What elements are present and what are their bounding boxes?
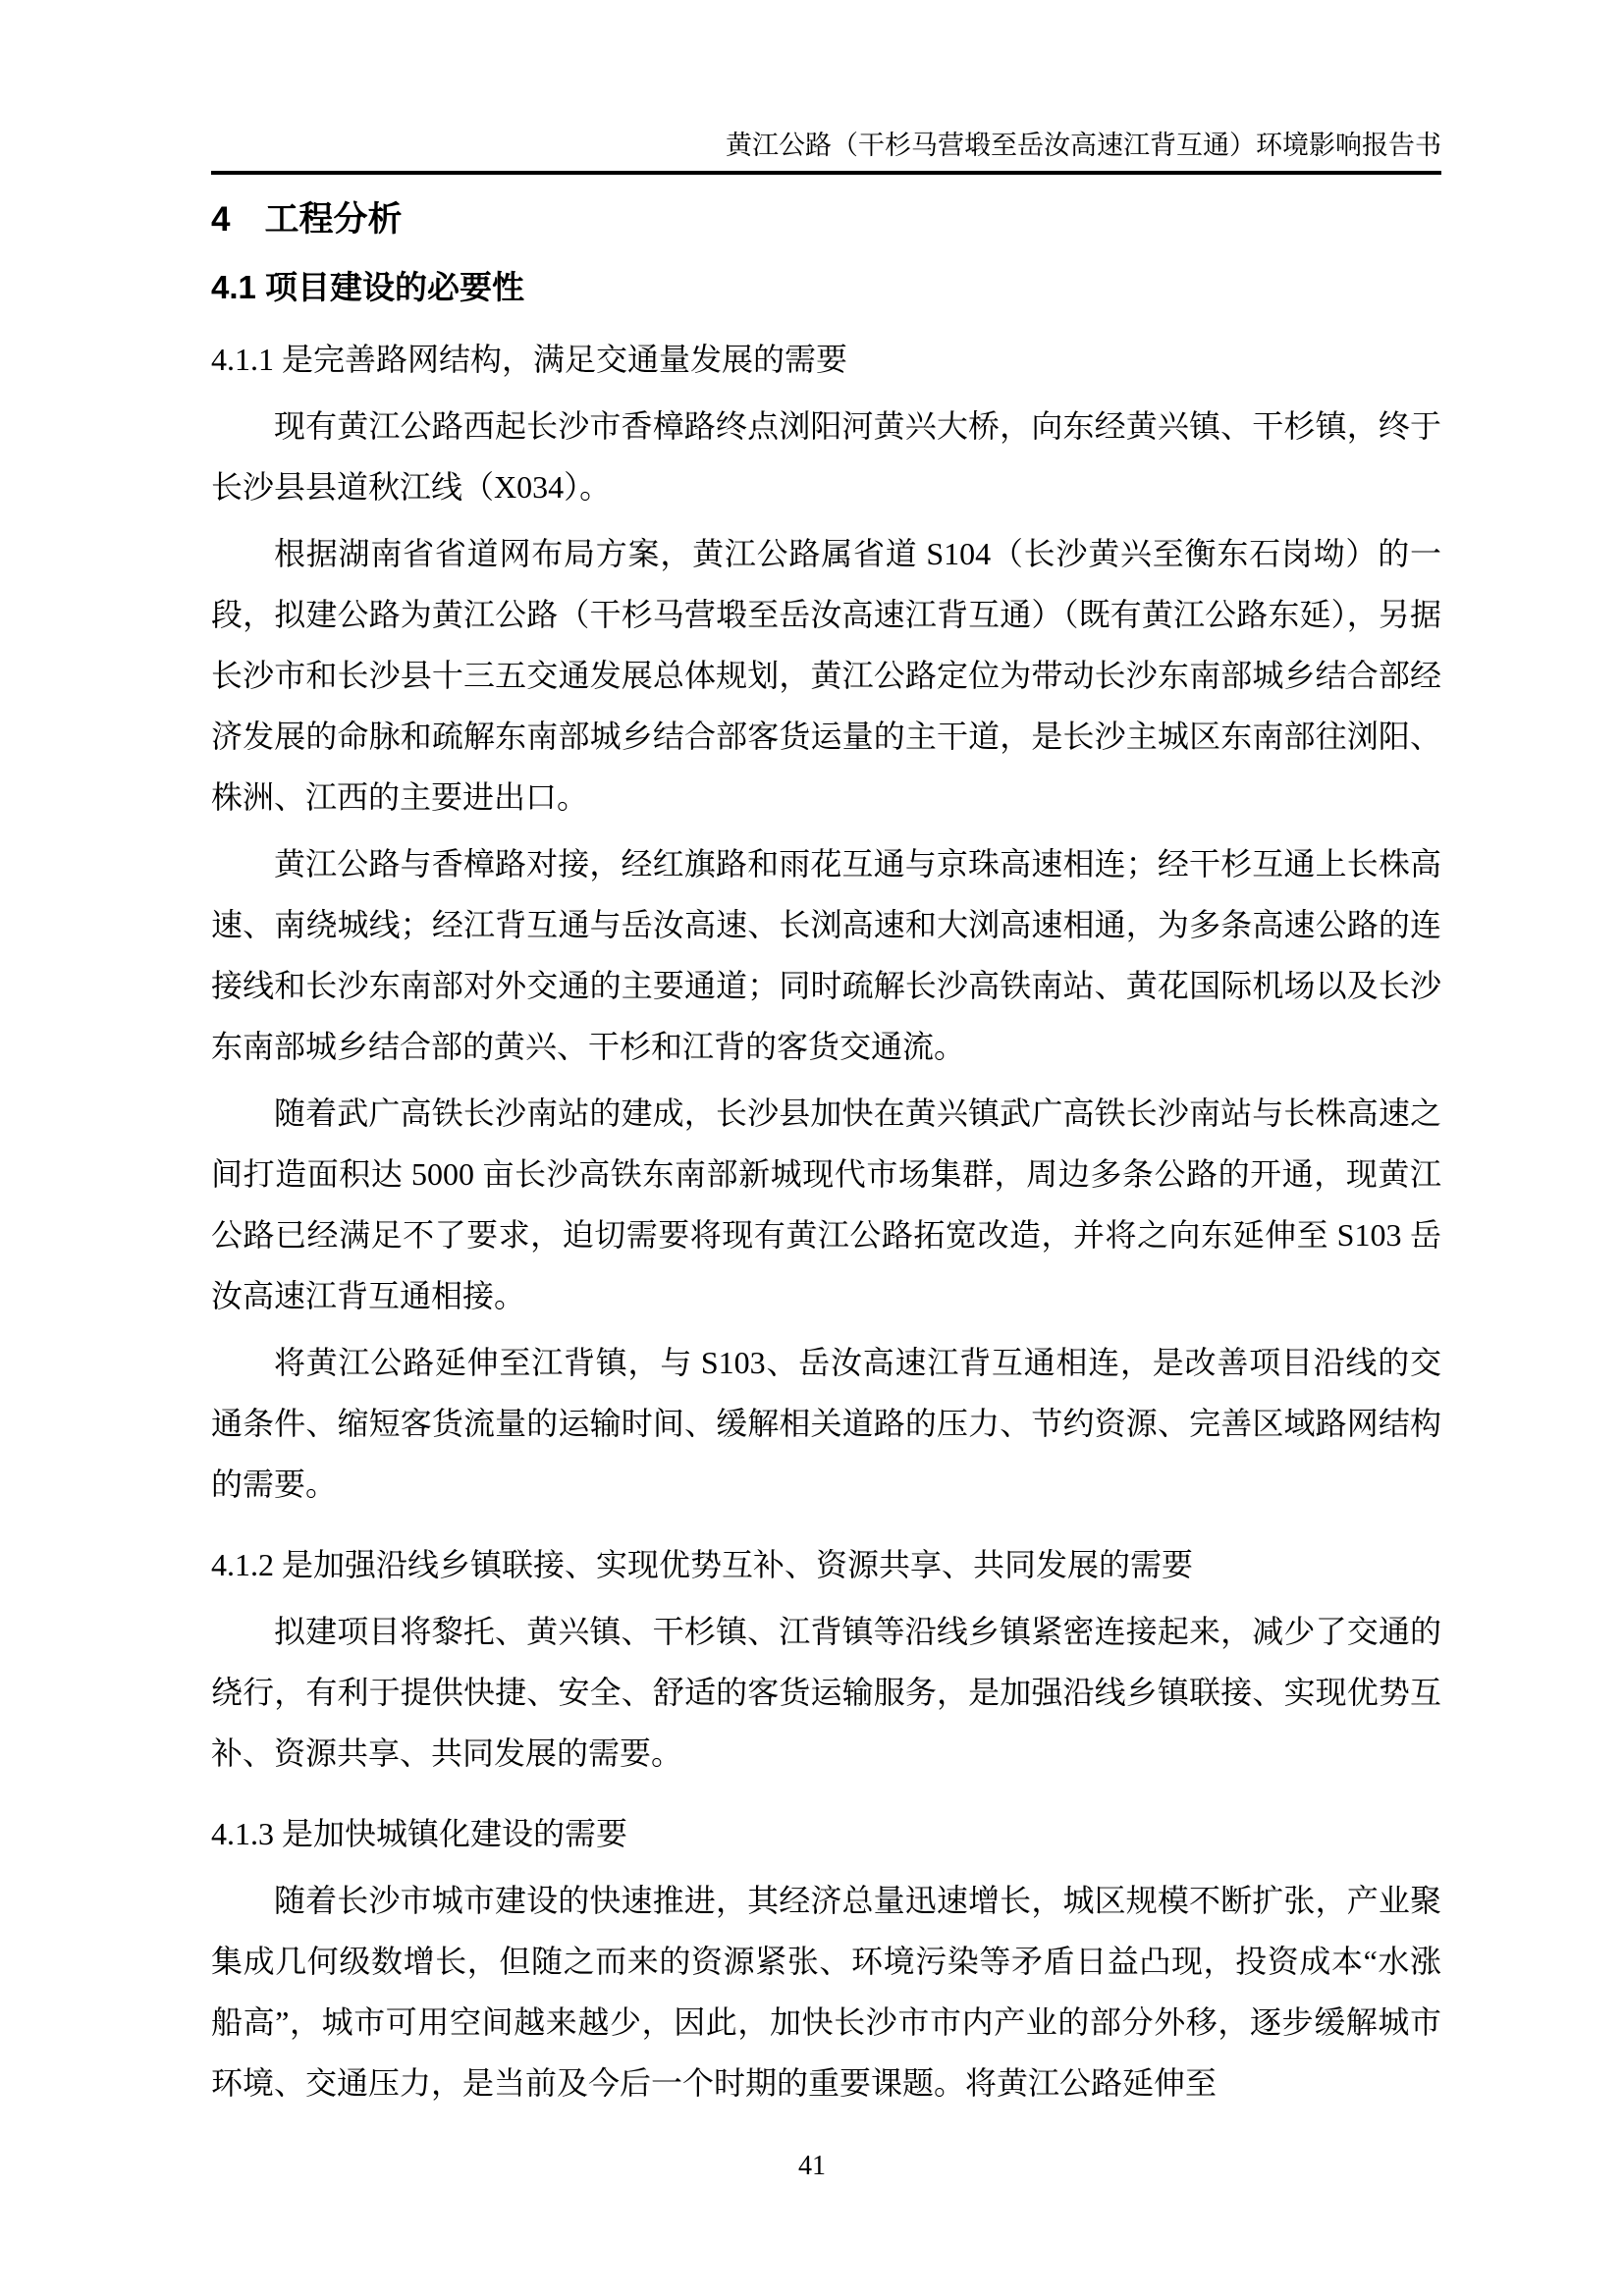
subsection-heading-4-1-3: 4.1.3 是加快城镇化建设的需要 [211,1803,1441,1864]
section-heading: 4.1 项目建设的必要性 [211,266,1441,309]
page-number: 41 [798,2151,826,2181]
paragraph: 随着武广高铁长沙南站的建成，长沙县加快在黄兴镇武广高铁长沙南站与长株高速之间打造… [211,1083,1441,1326]
chapter-heading: 4 工程分析 [211,197,1441,242]
paragraph: 拟建项目将黎托、黄兴镇、干杉镇、江背镇等沿线乡镇紧密连接起来，减少了交通的绕行，… [211,1601,1441,1784]
paragraph: 根据湖南省省道网布局方案，黄江公路属省道 S104（长沙黄兴至衡东石岗坳）的一段… [211,523,1441,828]
page-header: 黄江公路（干杉马营塅至岳汝高速江背互通）环境影响报告书 [211,129,1441,175]
subsection-heading-4-1-1: 4.1.1 是完善路网结构，满足交通量发展的需要 [211,329,1441,390]
page-footer: 41 [0,2150,1624,2183]
paragraph: 将黄江公路延伸至江背镇，与 S103、岳汝高速江背互通相连，是改善项目沿线的交通… [211,1332,1441,1515]
paragraph: 黄江公路与香樟路对接，经红旗路和雨花互通与京珠高速相连；经干杉互通上长株高速、南… [211,833,1441,1077]
running-header-title: 黄江公路（干杉马营塅至岳汝高速江背互通）环境影响报告书 [726,131,1441,160]
paragraph: 现有黄江公路西起长沙市香樟路终点浏阳河黄兴大桥，向东经黄兴镇、干杉镇，终于长沙县… [211,396,1441,517]
document-body: 4 工程分析 4.1 项目建设的必要性 4.1.1 是完善路网结构，满足交通量发… [211,197,1441,2113]
document-page: 黄江公路（干杉马营塅至岳汝高速江背互通）环境影响报告书 4 工程分析 4.1 项… [0,0,1624,2296]
subsection-heading-4-1-2: 4.1.2 是加强沿线乡镇联接、实现优势互补、资源共享、共同发展的需要 [211,1534,1441,1595]
paragraph: 随着长沙市城市建设的快速推进，其经济总量迅速增长，城区规模不断扩张，产业聚集成几… [211,1870,1441,2113]
